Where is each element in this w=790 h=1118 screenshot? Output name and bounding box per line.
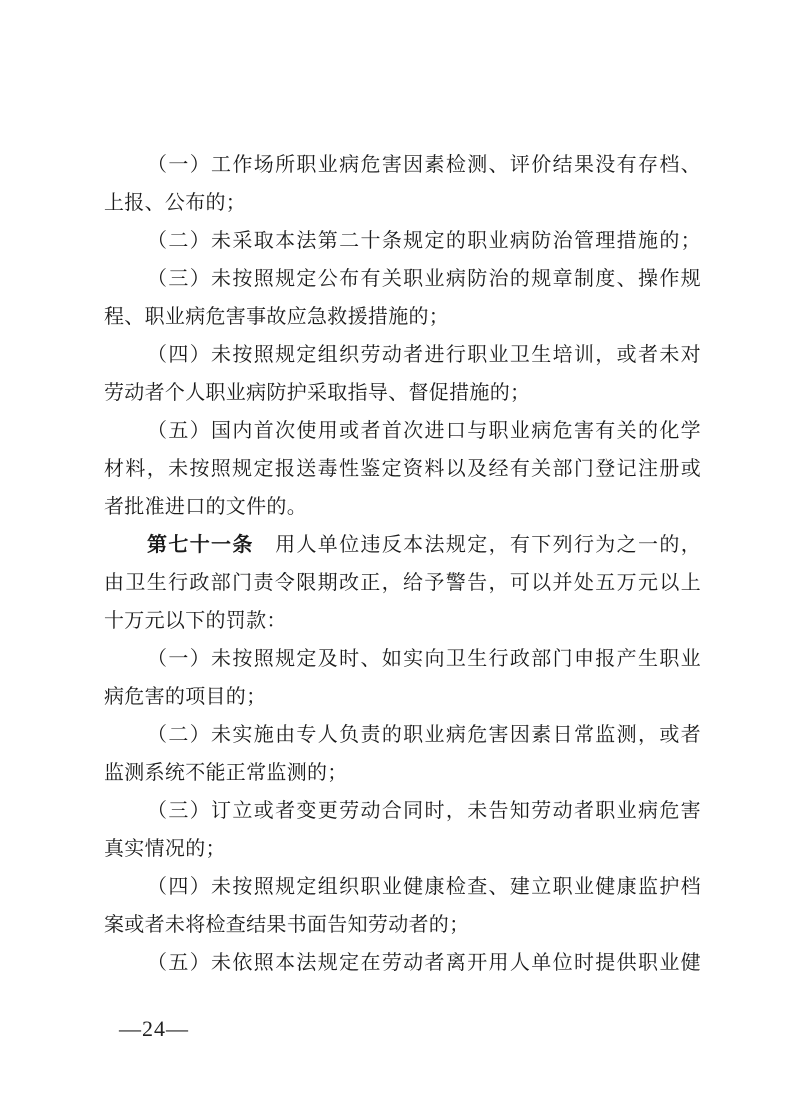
text-line: 监测系统不能正常监测的； (104, 754, 701, 792)
text-line: （四）未按照规定组织职业健康检查、建立职业健康监护档 (104, 868, 701, 906)
page-number: —24— (119, 1016, 189, 1042)
text-line: （五）国内首次使用或者首次进口与职业病危害有关的化学 (104, 412, 701, 450)
text-line: （三）未按照规定公布有关职业病防治的规章制度、操作规 (104, 260, 701, 298)
text-line: （二）未采取本法第二十条规定的职业病防治管理措施的； (104, 222, 701, 260)
text-line: （一）工作场所职业病危害因素检测、评价结果没有存档、 (104, 146, 701, 184)
text-line: 上报、公布的； (104, 184, 701, 222)
text-line: （四）未按照规定组织劳动者进行职业卫生培训，或者未对 (104, 336, 701, 374)
text-line: （五）未依照本法规定在劳动者离开用人单位时提供职业健 (104, 944, 701, 982)
body-text: （一）工作场所职业病危害因素检测、评价结果没有存档、上报、公布的；（二）未采取本… (104, 146, 701, 982)
text-line-body: 用人单位违反本法规定，有下列行为之一的， (254, 534, 701, 556)
text-line: 十万元以下的罚款： (104, 602, 701, 640)
text-line: 程、职业病危害事故应急救援措施的； (104, 298, 701, 336)
text-line: 者批准进口的文件的。 (104, 488, 701, 526)
article-number: 第七十一条 (147, 534, 254, 556)
text-line: 劳动者个人职业病防护采取指导、督促措施的； (104, 374, 701, 412)
text-line: 第七十一条 用人单位违反本法规定，有下列行为之一的， (104, 526, 701, 564)
text-line: 由卫生行政部门责令限期改正，给予警告，可以并处五万元以上 (104, 564, 701, 602)
text-line: 真实情况的； (104, 830, 701, 868)
document-page: （一）工作场所职业病危害因素检测、评价结果没有存档、上报、公布的；（二）未采取本… (0, 0, 790, 1118)
text-line: 案或者未将检查结果书面告知劳动者的； (104, 906, 701, 944)
text-line: 材料，未按照规定报送毒性鉴定资料以及经有关部门登记注册或 (104, 450, 701, 488)
text-line: （三）订立或者变更劳动合同时，未告知劳动者职业病危害 (104, 792, 701, 830)
text-line: （一）未按照规定及时、如实向卫生行政部门申报产生职业 (104, 640, 701, 678)
text-line: （二）未实施由专人负责的职业病危害因素日常监测，或者 (104, 716, 701, 754)
text-line: 病危害的项目的； (104, 678, 701, 716)
